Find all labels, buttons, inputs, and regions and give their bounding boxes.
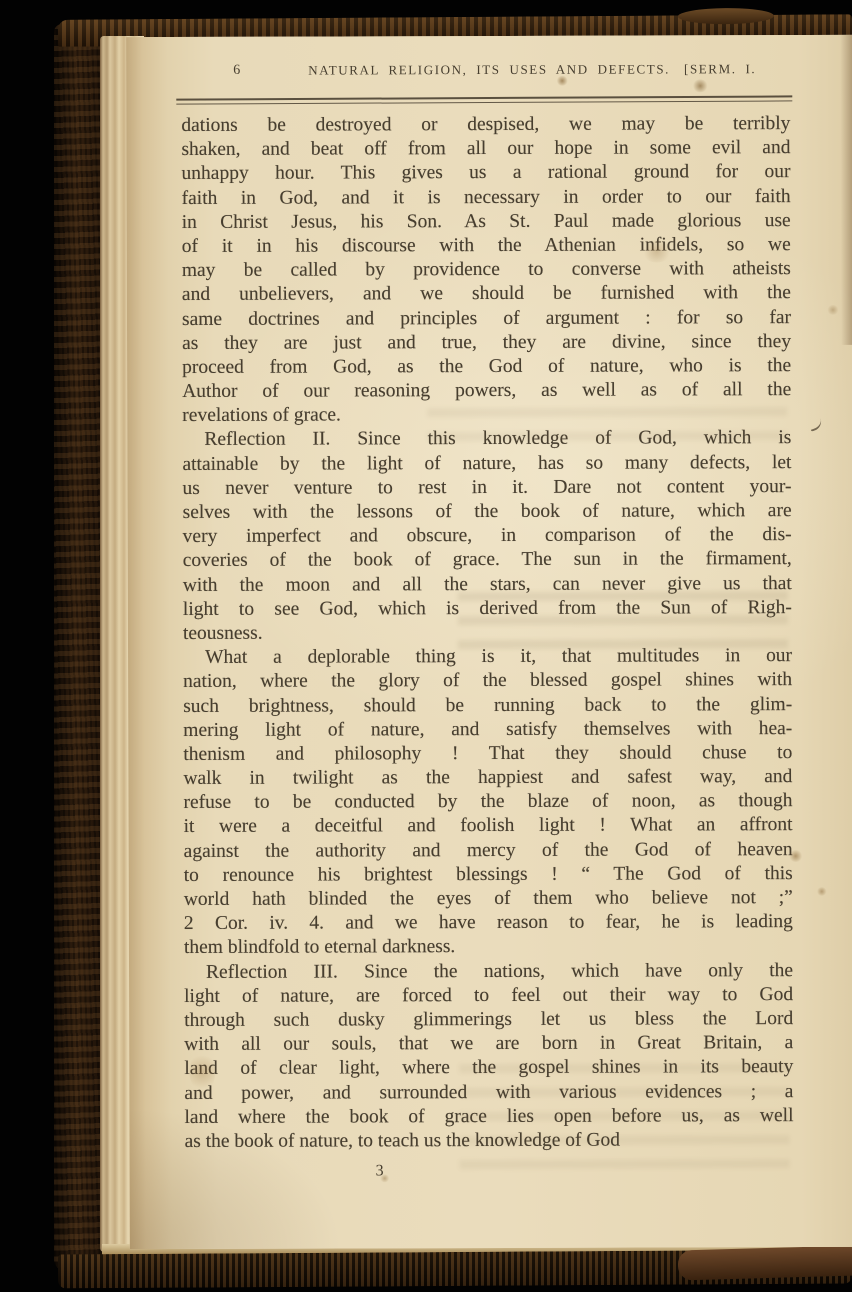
text-line: refuse to be conducted by the blaze of n… [183,789,792,815]
signature-mark: 3 [376,1162,384,1180]
ink-mark [808,417,824,432]
text-line: of it in his discourse with the Athenian… [182,233,791,259]
text-line: such brightness, should be running back … [183,693,792,719]
text-line: in Christ Jesus, his Son. As St. Paul ma… [182,209,791,235]
text-line: attainable by the light of nature, has s… [182,451,791,477]
text-line: with all our souls, that we are born in … [184,1031,793,1057]
page-edge-shadow [840,35,852,345]
text-line: it were a deceitful and foolish light ! … [184,813,793,839]
book-spine-leather [54,24,104,1270]
text-line: shaken, and beat off from all our hope i… [181,136,790,162]
running-title: NATURAL RELIGION, ITS USES AND DEFECTS. [308,61,670,77]
text-line: mering light of nature, and satisfy them… [183,717,792,743]
text-line: may be called by providence to converse … [182,257,791,283]
running-title-row: NATURAL RELIGION, ITS USES AND DEFECTS.[… [308,61,756,78]
text-line: light of nature, are forced to feel out … [184,983,793,1009]
text-line: as the book of nature, to teach us the k… [185,1128,794,1154]
stain [817,887,827,896]
text-line: same doctrines and principles of argumen… [182,306,791,332]
text-line: Reflection II. Since this knowledge of G… [182,426,791,452]
book-photograph: 6 NATURAL RELIGION, ITS USES AND DEFECTS… [0,0,852,1292]
text-line: as they are just and true, they are divi… [182,330,791,356]
text-line: Author of our reasoning powers, as well … [182,378,791,404]
text-line: revelations of grace. [182,402,791,428]
text-line: land where the book of grace lies open b… [184,1104,793,1130]
body-text: dations be destroyed or despised, we may… [181,112,793,1154]
text-line: unhappy hour. This gives us a rational g… [181,160,790,186]
text-line: through such dusky glimmerings let us bl… [184,1007,793,1033]
text-line: thenism and philosophy ! That they shoul… [183,741,792,767]
header-double-rule [176,95,792,104]
text-line: faith in God, and it is necessary in ord… [182,185,791,211]
text-line: light to see God, which is derived from … [183,596,792,622]
text-line: world hath blinded the eyes of them who … [184,886,793,912]
text-line: them blindfold to eternal darkness. [184,934,793,960]
text-line: nation, where the glory of the blessed g… [183,668,792,694]
book-page: 6 NATURAL RELIGION, ITS USES AND DEFECTS… [126,35,852,1249]
text-line: against the authority and mercy of the G… [184,838,793,864]
text-line: walk in twilight as the happiest and saf… [183,765,792,791]
text-line: selves with the lessons of the book of n… [183,499,792,525]
text-line: proceed from God, as the God of nature, … [182,354,791,380]
text-line: and power, and surrounded with various e… [184,1080,793,1106]
text-line: us never venture to rest in it. Dare not… [182,475,791,501]
text-line: dations be destroyed or despised, we may… [181,112,790,138]
page-number: 6 [233,63,240,79]
stain [827,305,839,315]
text-line: 2 Cor. iv. 4. and we have reason to fear… [184,910,793,936]
text-line: Reflection III. Since the nations, which… [184,959,793,985]
text-line: land of clear light, where the gospel sh… [184,1055,793,1081]
text-line: What a deplorable thing is it, that mult… [183,644,792,670]
text-line: with the moon and all the stars, can nev… [183,572,792,598]
text-line: very imperfect and obscure, in compariso… [183,523,792,549]
text-line: to renounce his brightest blessings ! “ … [184,862,793,888]
book-cover-corner [678,1245,852,1280]
text-line: coveries of the book of grace. The sun i… [183,547,792,573]
text-line: teousness. [183,620,792,646]
section-marker: [SERM. I. [684,61,756,76]
text-line: and unbelievers, and we should be furnis… [182,281,791,307]
running-header: 6 NATURAL RELIGION, ITS USES AND DEFECTS… [181,61,806,85]
